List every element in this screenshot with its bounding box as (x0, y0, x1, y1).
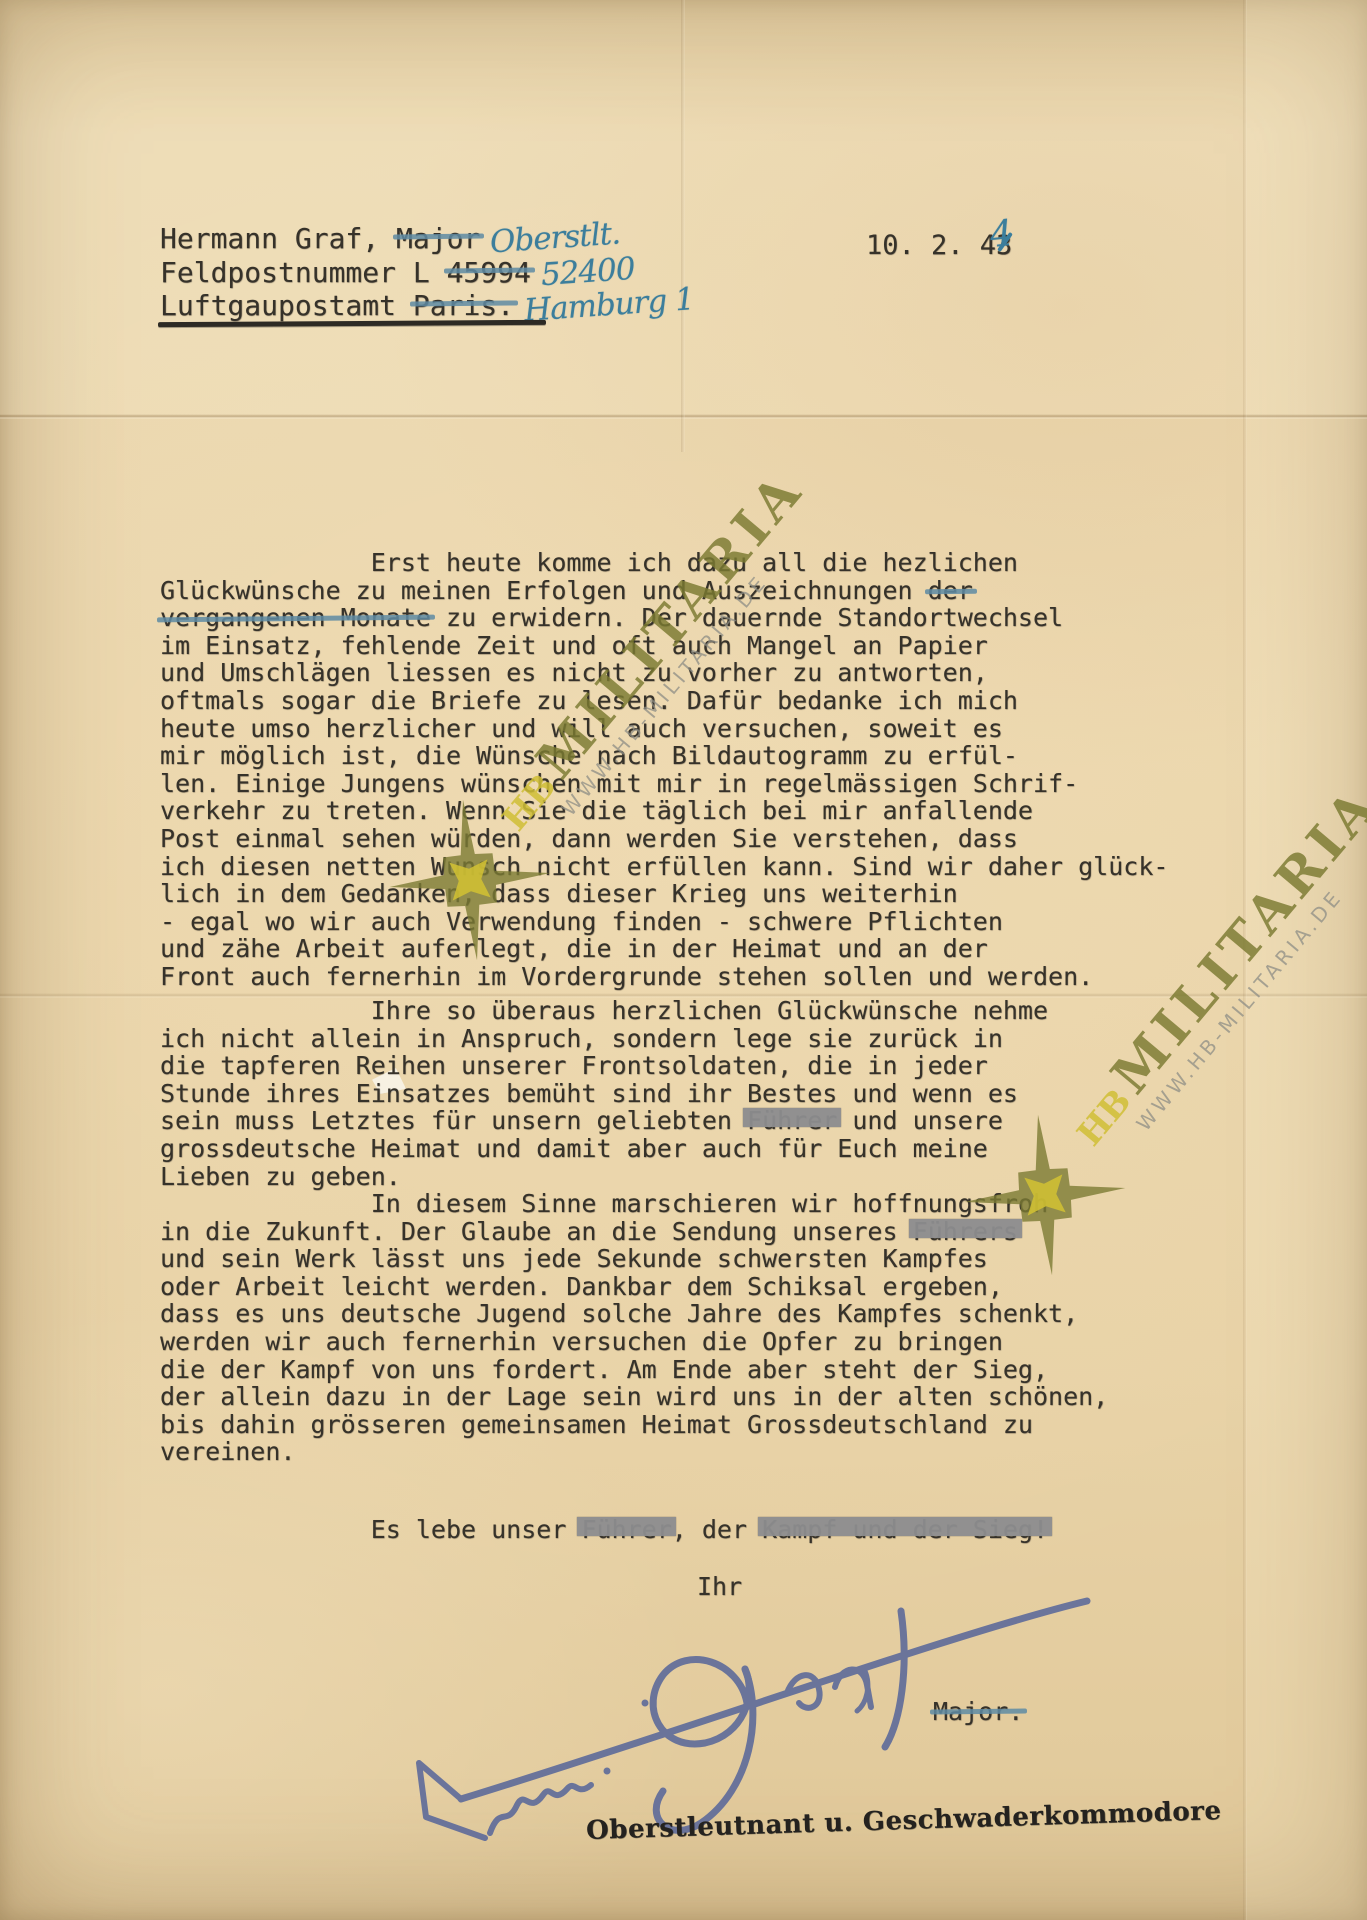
struck-word: der (928, 577, 973, 605)
paragraph-2: Ihre so überaus herzlichen Glückwünsche … (160, 997, 1048, 1190)
typed-text: ich diesen netten Wunsch nicht erfüllen … (160, 852, 1168, 881)
typed-text: die der Kampf von uns fordert. Am Ende a… (160, 1355, 1048, 1384)
letter-line: oftmals sogar die Briefe zu lesen. Dafür… (160, 687, 1168, 715)
letter-line: die tapferen Reihen unserer Frontsoldate… (160, 1052, 1048, 1080)
letter-line: vereinen. (160, 1438, 1108, 1466)
letter-line: In diesem Sinne marschieren wir hoffnung… (160, 1190, 1108, 1218)
date-line: 10. 2. 434 (866, 230, 1012, 261)
paragraph-3: In diesem Sinne marschieren wir hoffnung… (160, 1190, 1108, 1466)
signature-dot (642, 1700, 649, 1707)
letter-line: mir möglich ist, die Wünsche nach Bildau… (160, 742, 1168, 770)
typed-text: Post einmal sehen würden, dann werden Si… (160, 824, 1018, 853)
signature-herm (490, 1785, 591, 1833)
typed-text: Glückwünsche zu meinen Erfolgen und Ausz… (160, 576, 928, 605)
typed-text: und Umschlägen liessen es nicht zu vorhe… (160, 658, 988, 687)
salute-line: Es lebe unser Führer, der Kampf und der … (160, 1516, 1048, 1544)
sender-line-fieldpost: Feldpostnummer L 4599452400 (160, 256, 694, 290)
signature-flourish-box (419, 1763, 485, 1838)
sender-line-name: Hermann Graf, MajorOberstlt. (160, 222, 694, 256)
struck-word: Paris. (413, 289, 514, 323)
typed-text: vereinen. (160, 1437, 295, 1466)
typed-text: mir möglich ist, die Wünsche nach Bildau… (160, 741, 1018, 770)
typed-text: heute umso herzlicher und will auch vers… (160, 714, 1003, 743)
typed-text: bis dahin grösseren gemeinsamen Heimat G… (160, 1410, 1033, 1439)
typed-text: 10. 2. 4 (866, 230, 996, 261)
letter-line: Erst heute komme ich dazu all die hezlic… (160, 549, 1168, 577)
signature-g-loop (653, 1660, 749, 1744)
letter-line: heute umso herzlicher und will auch vers… (160, 715, 1168, 743)
paragraph-1: Erst heute komme ich dazu all die hezlic… (160, 549, 1168, 991)
letter-line: Front auch fernerhin im Vordergrunde ste… (160, 963, 1168, 991)
typed-text: Erst heute komme ich dazu all die hezlic… (160, 548, 1018, 577)
letter-line: ich diesen netten Wunsch nicht erfüllen … (160, 853, 1168, 881)
letter-line: bis dahin grösseren gemeinsamen Heimat G… (160, 1411, 1108, 1439)
typed-text: lich in dem Gedanken, dass dieser Krieg … (160, 879, 958, 908)
paper-fold-panel-right (1246, 0, 1367, 1920)
typed-text: sein muss Letztes für unsern geliebten (160, 1106, 747, 1135)
letter-line: die der Kampf von uns fordert. Am Ende a… (160, 1356, 1108, 1384)
typed-text: dass es uns deutsche Jugend solche Jahre… (160, 1299, 1078, 1328)
signature-end-stroke (885, 1611, 904, 1747)
signature-descender (656, 1669, 753, 1830)
struck-word: 45994 (447, 256, 531, 290)
typed-text: der allein dazu in der Lage sein wird un… (160, 1382, 1108, 1411)
typed-text: Feldpostnummer L (160, 256, 447, 289)
letter-line: lich in dem Gedanken, dass dieser Krieg … (160, 880, 1168, 908)
letter-line: Glückwünsche zu meinen Erfolgen und Ausz… (160, 577, 1168, 605)
typed-text: Es lebe unser (160, 1515, 581, 1544)
letter-line: werden wir auch fernerhin versuchen die … (160, 1328, 1108, 1356)
letter-line: im Einsatz, fehlende Zeit und oft auch M… (160, 632, 1168, 660)
sender-line-postoffice: Luftgaupostamt Paris.Hamburg 1 (160, 289, 694, 323)
letter-line: der allein dazu in der Lage sein wird un… (160, 1383, 1108, 1411)
typed-text: in die Zukunft. Der Glaube an die Sendun… (160, 1217, 913, 1246)
typed-text: In diesem Sinne marschieren wir hoffnung… (160, 1189, 1048, 1218)
letter-line: und Umschlägen liessen es nicht zu vorhe… (160, 659, 1168, 687)
typed-text: Stunde ihres Einsatzes bemüht sind ihr B… (160, 1079, 1018, 1108)
struck-word: vergangenen Monate (160, 604, 431, 632)
letter-line: verkehr zu treten. Wenn Sie die täglich … (160, 797, 1168, 825)
censored-word: Führer (747, 1107, 837, 1135)
letter-line: sein muss Letztes für unsern geliebten F… (160, 1107, 1048, 1135)
letter-line: vergangenen Monate zu erwidern. Der daue… (160, 604, 1168, 632)
letter-line: Lieben zu geben. (160, 1163, 1048, 1191)
watermark-hb: HB (1069, 1081, 1139, 1153)
typed-text: werden wir auch fernerhin versuchen die … (160, 1327, 1003, 1356)
struck-word: Major (396, 222, 480, 256)
typed-text: Front auch fernerhin im Vordergrunde ste… (160, 962, 1093, 991)
letter-line: Post einmal sehen würden, dann werden Si… (160, 825, 1168, 853)
overwritten-digit: 34 (996, 230, 1012, 261)
typed-text: zu erwidern. Der dauernde Standortwechse… (431, 603, 1063, 632)
letter-line: grossdeutsche Heimat und damit aber auch… (160, 1135, 1048, 1163)
signature-flourish-line (461, 1601, 1087, 1799)
letter-line: ich nicht allein in Anspruch, sondern le… (160, 1025, 1048, 1053)
letter-line: Stunde ihres Einsatzes bemüht sind ihr B… (160, 1080, 1048, 1108)
letter-line: - egal wo wir auch Verwendung finden - s… (160, 908, 1168, 936)
sender-block: Hermann Graf, MajorOberstlt. Feldpostnum… (160, 222, 694, 323)
typed-text: und unsere (837, 1106, 1003, 1135)
letter-line: Ihre so überaus herzlichen Glückwünsche … (160, 997, 1048, 1025)
typed-text: oftmals sogar die Briefe zu lesen. Dafür… (160, 686, 1018, 715)
typed-text: oder Arbeit leicht werden. Dankbar dem S… (160, 1272, 1003, 1301)
typed-text: grossdeutsche Heimat und damit aber auch… (160, 1134, 988, 1163)
typed-text: - egal wo wir auch Verwendung finden - s… (160, 907, 1003, 936)
typed-text: , der (672, 1515, 762, 1544)
letter-line: Es lebe unser Führer, der Kampf und der … (160, 1516, 1048, 1544)
typed-text: im Einsatz, fehlende Zeit und oft auch M… (160, 631, 988, 660)
letter-line: len. Einige Jungens wünschen mit mir in … (160, 770, 1168, 798)
letter-line: dass es uns deutsche Jugend solche Jahre… (160, 1300, 1108, 1328)
letter-line: in die Zukunft. Der Glaube an die Sendun… (160, 1218, 1108, 1246)
letter-line: und zähe Arbeit auferlegt, die in der He… (160, 935, 1168, 963)
typed-text: Ihre so überaus herzlichen Glückwünsche … (160, 996, 1048, 1025)
handwritten-correction: 4 (988, 213, 1015, 256)
signature-dot (604, 1768, 611, 1775)
typed-text: und zähe Arbeit auferlegt, die in der He… (160, 934, 988, 963)
typed-text: Lieben zu geben. (160, 1162, 401, 1191)
letter-line: und sein Werk lässt uns jede Sekunde sch… (160, 1245, 1108, 1273)
typed-text: die tapferen Reihen unserer Frontsoldate… (160, 1051, 988, 1080)
censored-word: Führers (913, 1218, 1018, 1246)
typed-text: ich nicht allein in Anspruch, sondern le… (160, 1024, 1003, 1053)
censored-word: Kampf und der Sieg! (762, 1516, 1048, 1544)
typed-text: Luftgaupostamt (160, 289, 413, 322)
typed-text: len. Einige Jungens wünschen mit mir in … (160, 769, 1078, 798)
censored-word: Führer (581, 1516, 671, 1544)
letter-line: oder Arbeit leicht werden. Dankbar dem S… (160, 1273, 1108, 1301)
typed-text: verkehr zu treten. Wenn Sie die täglich … (160, 796, 1033, 825)
fold-crease-vertical (1243, 0, 1247, 1920)
typed-text: Hermann Graf, (160, 222, 396, 255)
letter-page: Hermann Graf, MajorOberstlt. Feldpostnum… (0, 0, 1367, 1920)
typed-text: und sein Werk lässt uns jede Sekunde sch… (160, 1244, 988, 1273)
